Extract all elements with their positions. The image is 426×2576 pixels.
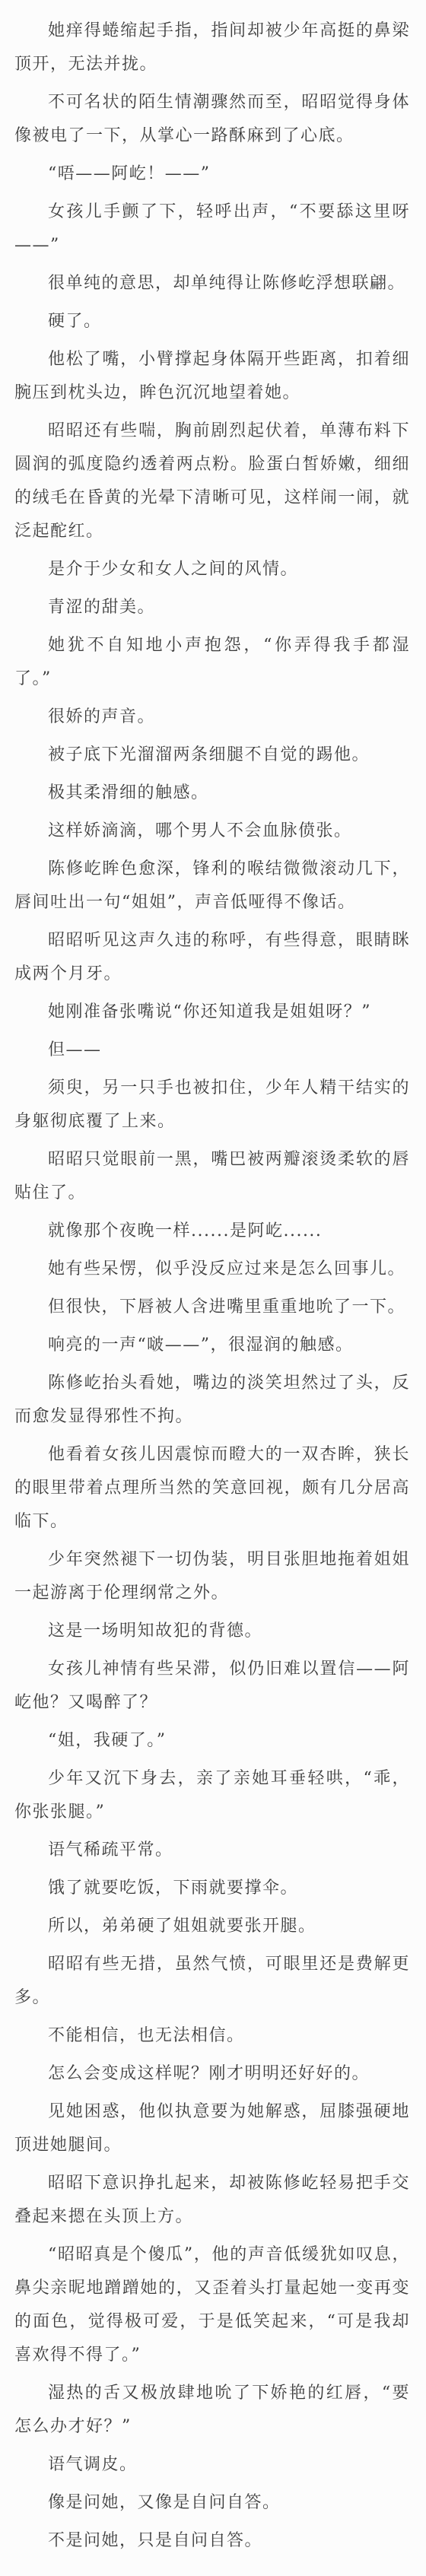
paragraph: 少年突然褪下一切伪装，明目张胆地拖着姐姐一起游离于伦理纲常之外。 (14, 1543, 410, 1610)
paragraph: 昭昭只觉眼前一黑，嘴巴被两瓣滚烫柔软的唇贴住了。 (14, 1143, 410, 1210)
paragraph: 饿了就要吃饭，下雨就要撑伞。 (14, 1872, 410, 1905)
paragraph: 怎么会变成这样呢？刚才明明还好好的。 (14, 2057, 410, 2091)
paragraph: 响亮的一声“啵——”，很湿润的触感。 (14, 1329, 410, 1362)
paragraph: 他松了嘴，小臂撑起身体隔开些距离，扣着细腕压到枕头边，眸色沉沉地望着她。 (14, 343, 410, 410)
paragraph: 他看着女孩儿因震惊而瞪大的一双杏眸，狭长的眼里带着点理所当然的笑意回视，颇有几分… (14, 1438, 410, 1539)
paragraph: 不是问她，只是自问自答。 (14, 2524, 410, 2558)
paragraph: 语气调皮。 (14, 2448, 410, 2482)
paragraph: 但—— (14, 1034, 410, 1067)
paragraph: 少年又沉下身去，亲了亲她耳垂轻哄，“乖，你张张腿。” (14, 1762, 410, 1829)
paragraph: 就像那个夜晚一样......是阿屹...... (14, 1215, 410, 1248)
paragraph: “唔——阿屹！——” (14, 157, 410, 191)
paragraph: 见她困惑，他似执意要为她解惑，屈膝强硬地顶进她腿间。 (14, 2095, 410, 2162)
paragraph: 被子底下光溜溜两条细腿不自觉的踢他。 (14, 738, 410, 772)
paragraph: “昭昭真是个傻瓜”，他的声音低缓犹如叹息，鼻尖亲昵地蹭蹭她的，又歪着头打量起她一… (14, 2238, 410, 2372)
paragraph: 不能相信，也无法相信。 (14, 2019, 410, 2053)
paragraph: “姐，我硬了。” (14, 1724, 410, 1758)
paragraph: 她痒得蜷缩起手指，指间却被少年高挺的鼻梁顶开，无法并拢。 (14, 14, 410, 81)
paragraph: 陈修屹眸色愈深，锋利的喉结微微滚动几下，唇间吐出一句“姐姐”，声音低哑得不像话。 (14, 853, 410, 920)
paragraph: 但很快，下唇被人含进嘴里重重地吮了一下。 (14, 1291, 410, 1324)
paragraph: 这是一场明知故犯的背德。 (14, 1615, 410, 1648)
paragraph: 不可名状的陌生情潮骤然而至，昭昭觉得身体像被电了一下，从掌心一路酥麻到了心底。 (14, 86, 410, 153)
paragraph: 这样娇滴滴，哪个男人不会血脉偾张。 (14, 815, 410, 848)
paragraph: 像是问她，又像是自问自答。 (14, 2486, 410, 2520)
paragraph: 她有些呆愣，似乎没反应过来是怎么回事儿。 (14, 1253, 410, 1286)
paragraph: 很娇的声音。 (14, 700, 410, 734)
paragraph: 女孩儿手颤了下，轻呼出声，“不要舔这里呀——” (14, 195, 410, 262)
paragraph: 女孩儿神情有些呆滞，似仍旧难以置信——阿屹他？又喝醉了？ (14, 1653, 410, 1720)
reader-page: 她痒得蜷缩起手指，指间却被少年高挺的鼻梁顶开，无法并拢。不可名状的陌生情潮骤然而… (0, 0, 426, 2576)
paragraph: 湿热的舌又极放肆地吮了下娇艳的红唇，“要怎么办才好？” (14, 2377, 410, 2444)
novel-text-body: 她痒得蜷缩起手指，指间却被少年高挺的鼻梁顶开，无法并拢。不可名状的陌生情潮骤然而… (14, 14, 410, 2558)
paragraph: 昭昭听见这声久违的称呼，有些得意，眼睛眯成两个月牙。 (14, 924, 410, 991)
paragraph: 语气稀疏平常。 (14, 1834, 410, 1867)
paragraph: 昭昭下意识挣扎起来，却被陈修屹轻易把手交叠起来摁在头顶上方。 (14, 2167, 410, 2234)
paragraph: 很单纯的意思，却单纯得让陈修屹浮想联翩。 (14, 267, 410, 300)
paragraph: 硬了。 (14, 305, 410, 338)
paragraph: 青涩的甜美。 (14, 591, 410, 624)
paragraph: 极其柔滑细的触感。 (14, 777, 410, 810)
paragraph: 她刚准备张嘴说“你还知道我是姐姐呀？” (14, 996, 410, 1029)
paragraph: 她犹不自知地小声抱怨，“你弄得我手都湿了。” (14, 629, 410, 696)
paragraph: 须臾，另一只手也被扣住，少年人精干结实的身躯彻底覆了上来。 (14, 1072, 410, 1139)
paragraph: 昭昭还有些喘，胸前剧烈起伏着，单薄布料下圆润的弧度隐约透着两点粉。脸蛋白皙娇嫩，… (14, 415, 410, 548)
paragraph: 是介于少女和女人之间的风情。 (14, 553, 410, 586)
paragraph: 陈修屹抬头看她，嘴边的淡笑坦然过了头，反而愈发显得邪性不拘。 (14, 1367, 410, 1434)
paragraph: 所以，弟弟硬了姐姐就要张开腿。 (14, 1910, 410, 1943)
paragraph: 昭昭有些无措，虽然气愤，可眼里还是费解更多。 (14, 1948, 410, 2015)
